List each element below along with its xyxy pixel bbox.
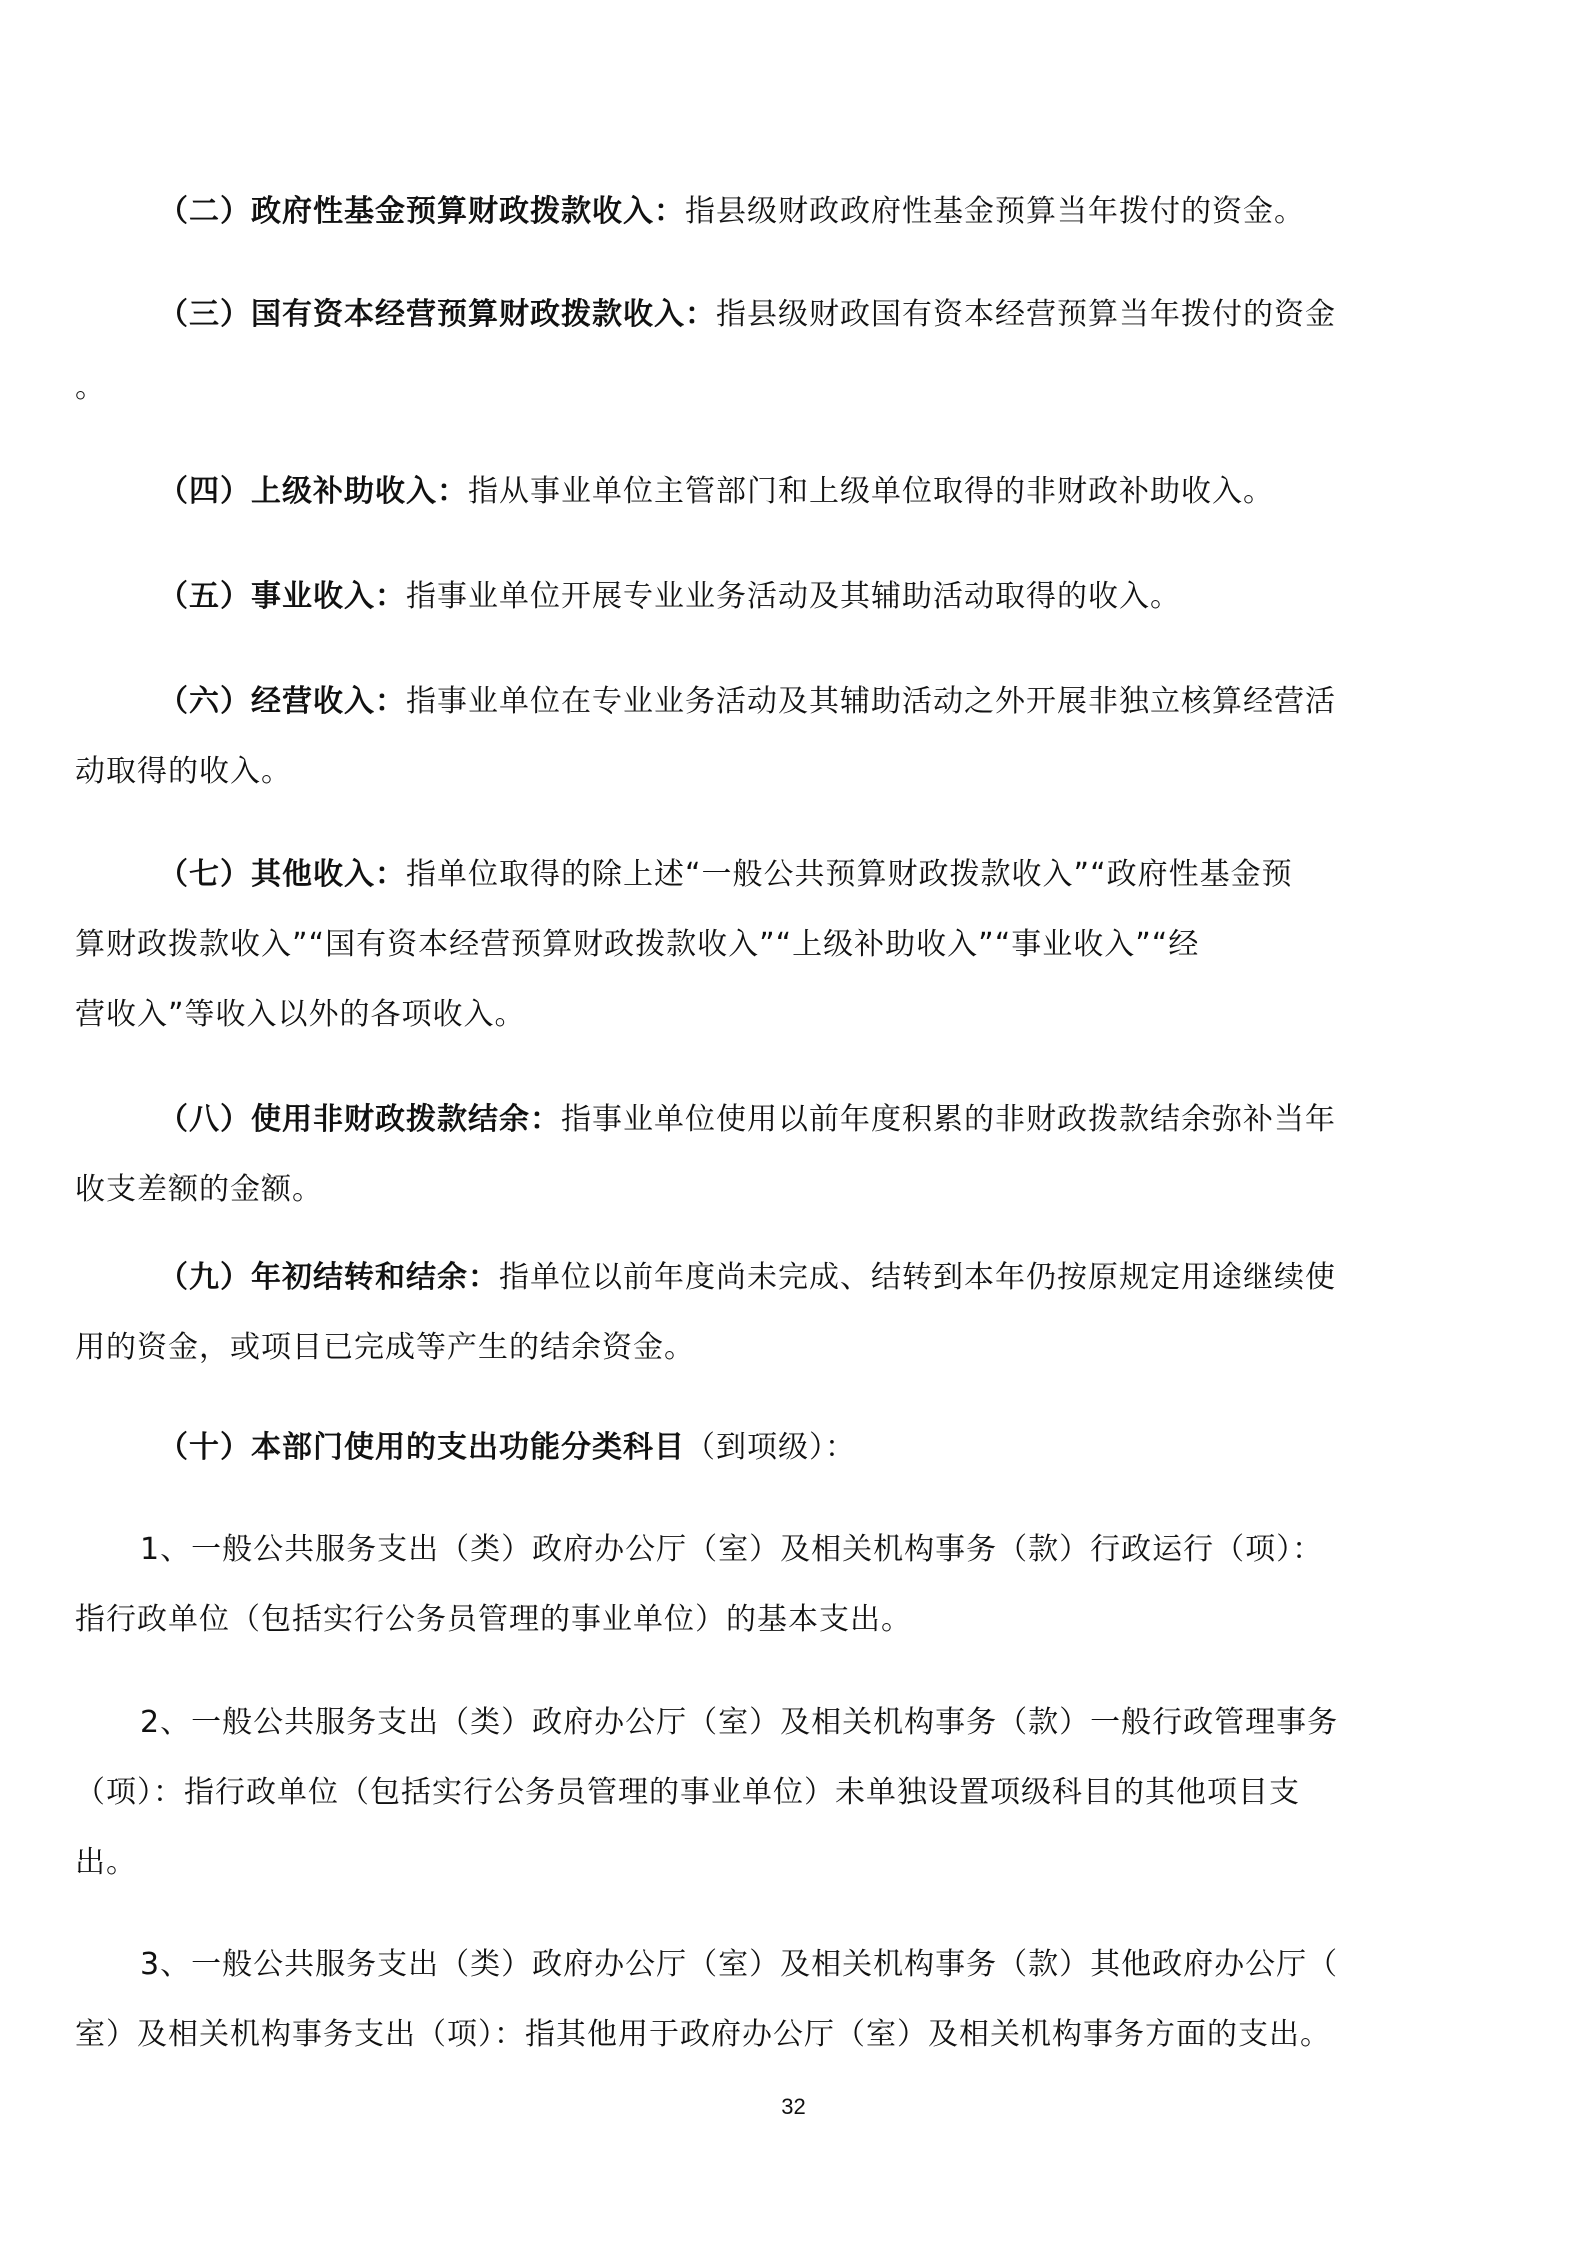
section-9-line-1: （九）年初结转和结余：指单位以前年度尚未完成、结转到本年仍按原规定用途继续使	[158, 1258, 1558, 1298]
section-9-line-2: 用的资金，或项目已完成等产生的结余资金。	[75, 1328, 1475, 1368]
section-7-definition: 指单位取得的除上述“一般公共预算财政拨款收入”“政府性基金预	[406, 857, 1293, 892]
item-3-line-1: 3、一般公共服务支出（类）政府办公厅（室）及相关机构事务（款）其他政府办公厅（	[140, 1945, 1540, 1985]
section-6-line-1: （六）经营收入：指事业单位在专业业务活动及其辅助活动之外开展非独立核算经营活	[158, 682, 1558, 722]
item-2-line-2: （项）：指行政单位（包括实行公务员管理的事业单位）未单独设置项级科目的其他项目支	[75, 1773, 1475, 1813]
section-7-line-3: 营收入”等收入以外的各项收入。	[75, 995, 1475, 1035]
section-2-term: （二）政府性基金预算财政拨款收入：	[158, 194, 685, 229]
section-7-line-2: 算财政拨款收入”“国有资本经营预算财政拨款收入”“上级补助收入”“事业收入”“经	[75, 925, 1475, 965]
section-8-term: （八）使用非财政拨款结余：	[158, 1102, 561, 1137]
section-3-term: （三）国有资本经营预算财政拨款收入：	[158, 297, 716, 332]
section-9-term: （九）年初结转和结余：	[158, 1260, 499, 1295]
section-2-definition: 指县级财政政府性基金预算当年拨付的资金。	[685, 194, 1305, 229]
item-1-line-1: 1、一般公共服务支出（类）政府办公厅（室）及相关机构事务（款）行政运行（项）：	[140, 1530, 1540, 1570]
section-5-term: （五）事业收入：	[158, 579, 406, 614]
section-4-definition: 指从事业单位主管部门和上级单位取得的非财政补助收入。	[468, 474, 1274, 509]
item-1-line-2: 指行政单位（包括实行公务员管理的事业单位）的基本支出。	[75, 1600, 1475, 1640]
section-7-line-1: （七）其他收入：指单位取得的除上述“一般公共预算财政拨款收入”“政府性基金预	[158, 855, 1558, 895]
section-10-term: （十）本部门使用的支出功能分类科目	[158, 1430, 685, 1465]
section-10-suffix: （到项级）：	[685, 1430, 856, 1465]
item-2-line-3: 出。	[75, 1843, 1475, 1883]
section-2-line-1: （二）政府性基金预算财政拨款收入：指县级财政政府性基金预算当年拨付的资金。	[158, 192, 1558, 232]
section-7-term: （七）其他收入：	[158, 857, 406, 892]
section-8-line-2: 收支差额的金额。	[75, 1170, 1475, 1210]
page-number: 32	[0, 2093, 1587, 2121]
section-3-definition: 指县级财政国有资本经营预算当年拨付的资金	[716, 297, 1336, 332]
section-5-line-1: （五）事业收入：指事业单位开展专业业务活动及其辅助活动取得的收入。	[158, 577, 1558, 617]
section-6-term: （六）经营收入：	[158, 684, 406, 719]
section-9-definition: 指单位以前年度尚未完成、结转到本年仍按原规定用途继续使	[499, 1260, 1336, 1295]
document-page: （二）政府性基金预算财政拨款收入：指县级财政政府性基金预算当年拨付的资金。 （三…	[0, 0, 1587, 2245]
section-10-heading: （十）本部门使用的支出功能分类科目（到项级）：	[158, 1428, 1558, 1468]
section-6-definition: 指事业单位在专业业务活动及其辅助活动之外开展非独立核算经营活	[406, 684, 1336, 719]
item-2-line-1: 2、一般公共服务支出（类）政府办公厅（室）及相关机构事务（款）一般行政管理事务	[140, 1703, 1540, 1743]
section-4-term: （四）上级补助收入：	[158, 474, 468, 509]
section-5-definition: 指事业单位开展专业业务活动及其辅助活动取得的收入。	[406, 579, 1181, 614]
section-8-definition: 指事业单位使用以前年度积累的非财政拨款结余弥补当年	[561, 1102, 1336, 1137]
section-3-line-1: （三）国有资本经营预算财政拨款收入：指县级财政国有资本经营预算当年拨付的资金	[158, 295, 1558, 335]
section-8-line-1: （八）使用非财政拨款结余：指事业单位使用以前年度积累的非财政拨款结余弥补当年	[158, 1100, 1558, 1140]
item-3-line-2: 室）及相关机构事务支出（项）：指其他用于政府办公厅（室）及相关机构事务方面的支出…	[75, 2015, 1475, 2055]
section-4-line-1: （四）上级补助收入：指从事业单位主管部门和上级单位取得的非财政补助收入。	[158, 472, 1558, 512]
section-6-line-2: 动取得的收入。	[75, 752, 1475, 792]
section-3-line-2: 。	[75, 368, 1475, 408]
